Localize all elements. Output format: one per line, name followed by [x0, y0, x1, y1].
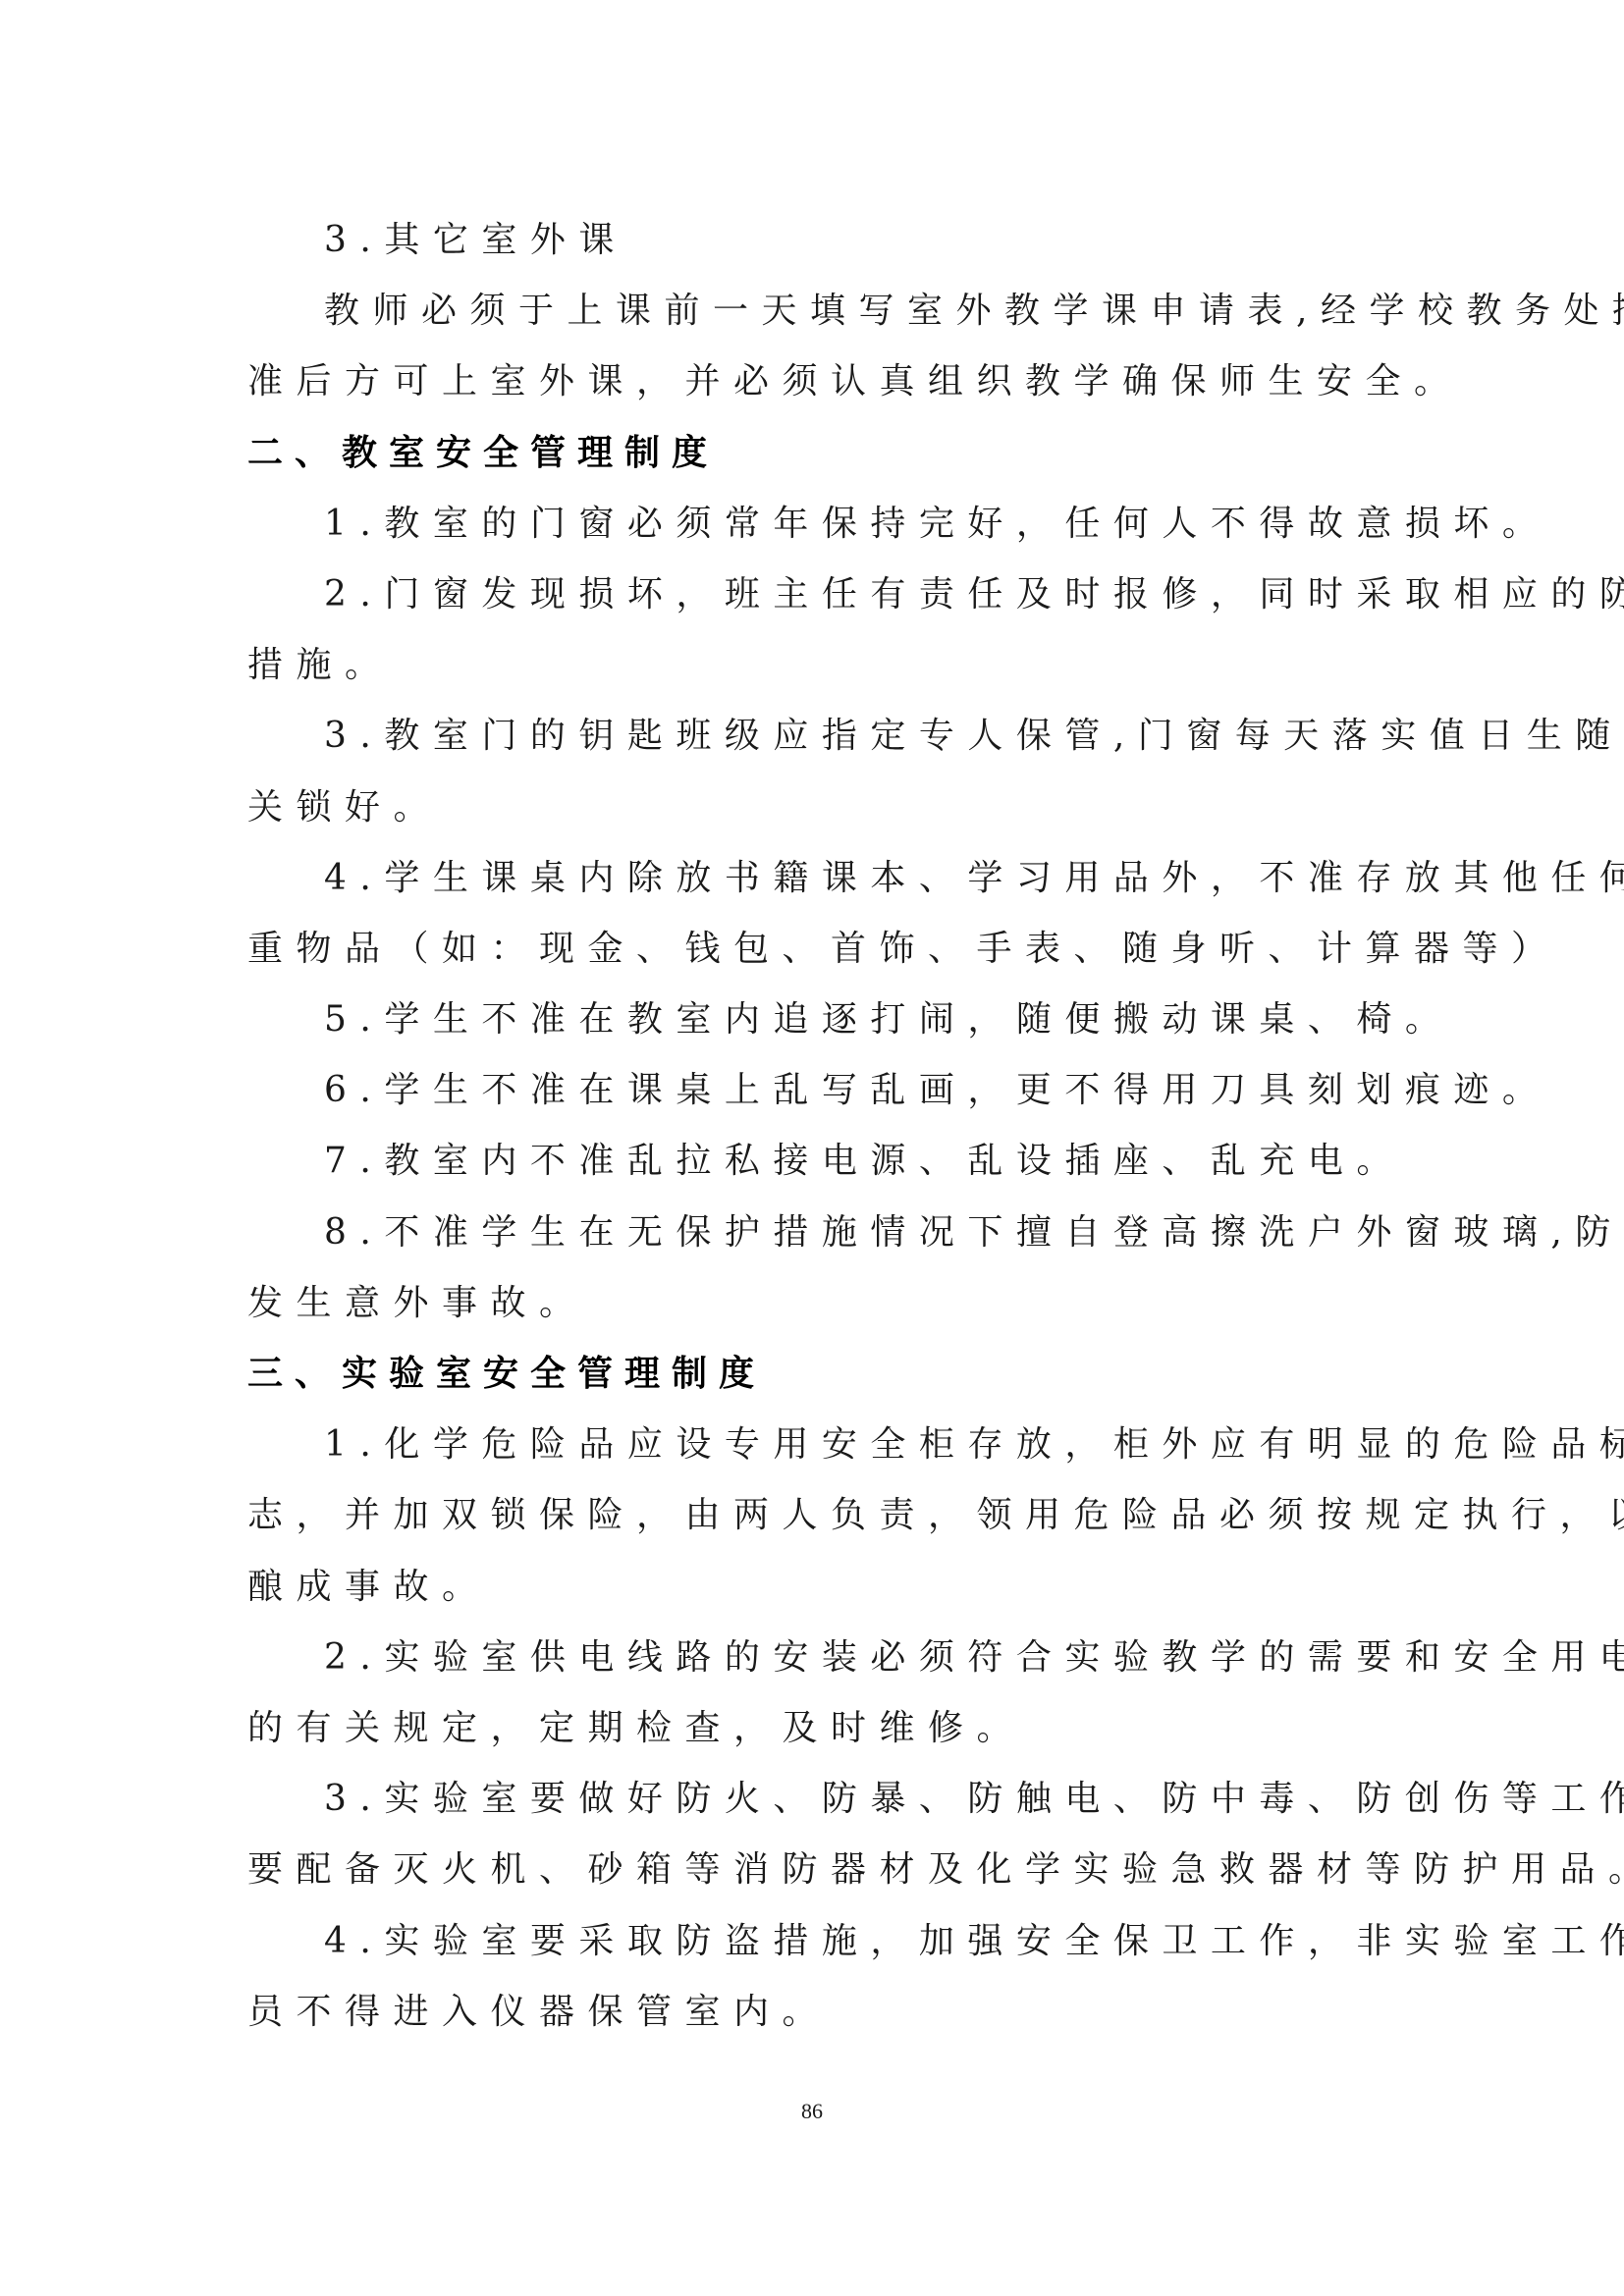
list-item: 2.实验室供电线路的安装必须符合实验教学的需要和安全用电 [247, 1623, 1379, 1693]
list-item-continuation: 员不得进入仪器保管室内。 [247, 1977, 1379, 2048]
list-item-continuation: 要配备灭火机、砂箱等消防器材及化学实验急救器材等防护用品。 [247, 1835, 1379, 1905]
page-number: 86 [0, 2099, 1624, 2124]
paragraph-line: 准后方可上室外课，并必须认真组织教学确保师生安全。 [247, 347, 1379, 417]
list-item: 4.学生课桌内除放书籍课本、学习用品外，不准存放其他任何贵 [247, 843, 1379, 914]
list-item: 5.学生不准在教室内追逐打闹，随便搬动课桌、椅。 [247, 985, 1379, 1055]
section-heading: 三、实验室安全管理制度 [247, 1339, 1379, 1410]
document-body: 3.其它室外课 教师必须于上课前一天填写室外教学课申请表,经学校教务处批 准后方… [247, 205, 1379, 2048]
list-item-continuation: 的有关规定，定期检查，及时维修。 [247, 1693, 1379, 1764]
list-item-continuation: 酿成事故。 [247, 1552, 1379, 1623]
section-heading: 二、教室安全管理制度 [247, 418, 1379, 489]
list-item: 1.化学危险品应设专用安全柜存放，柜外应有明显的危险品标 [247, 1410, 1379, 1480]
list-item: 2.门窗发现损坏，班主任有责任及时报修，同时采取相应的防范 [247, 560, 1379, 630]
list-item-continuation: 志，并加双锁保险，由两人负责，领用危险品必须按规定执行，以免 [247, 1480, 1379, 1551]
list-item-continuation: 重物品（如：现金、钱包、首饰、手表、随身听、计算器等） [247, 914, 1379, 985]
list-item-continuation: 关锁好。 [247, 773, 1379, 843]
list-item: 3.实验室要做好防火、防暴、防触电、防中毒、防创伤等工作， [247, 1764, 1379, 1835]
list-item: 4.实验室要采取防盗措施，加强安全保卫工作，非实验室工作人 [247, 1906, 1379, 1977]
paragraph-line: 教师必须于上课前一天填写室外教学课申请表,经学校教务处批 [247, 276, 1379, 347]
list-item-continuation: 发生意外事故。 [247, 1268, 1379, 1339]
list-item-title: 3.其它室外课 [247, 205, 1379, 276]
list-item: 7.教室内不准乱拉私接电源、乱设插座、乱充电。 [247, 1126, 1379, 1197]
list-item: 8.不准学生在无保护措施情况下擅自登高擦洗户外窗玻璃,防止 [247, 1198, 1379, 1268]
list-item-continuation: 措施。 [247, 630, 1379, 701]
list-item: 3.教室门的钥匙班级应指定专人保管,门窗每天落实值日生随时 [247, 701, 1379, 772]
list-item: 6.学生不准在课桌上乱写乱画，更不得用刀具刻划痕迹。 [247, 1055, 1379, 1126]
list-item: 1.教室的门窗必须常年保持完好，任何人不得故意损坏。 [247, 489, 1379, 560]
